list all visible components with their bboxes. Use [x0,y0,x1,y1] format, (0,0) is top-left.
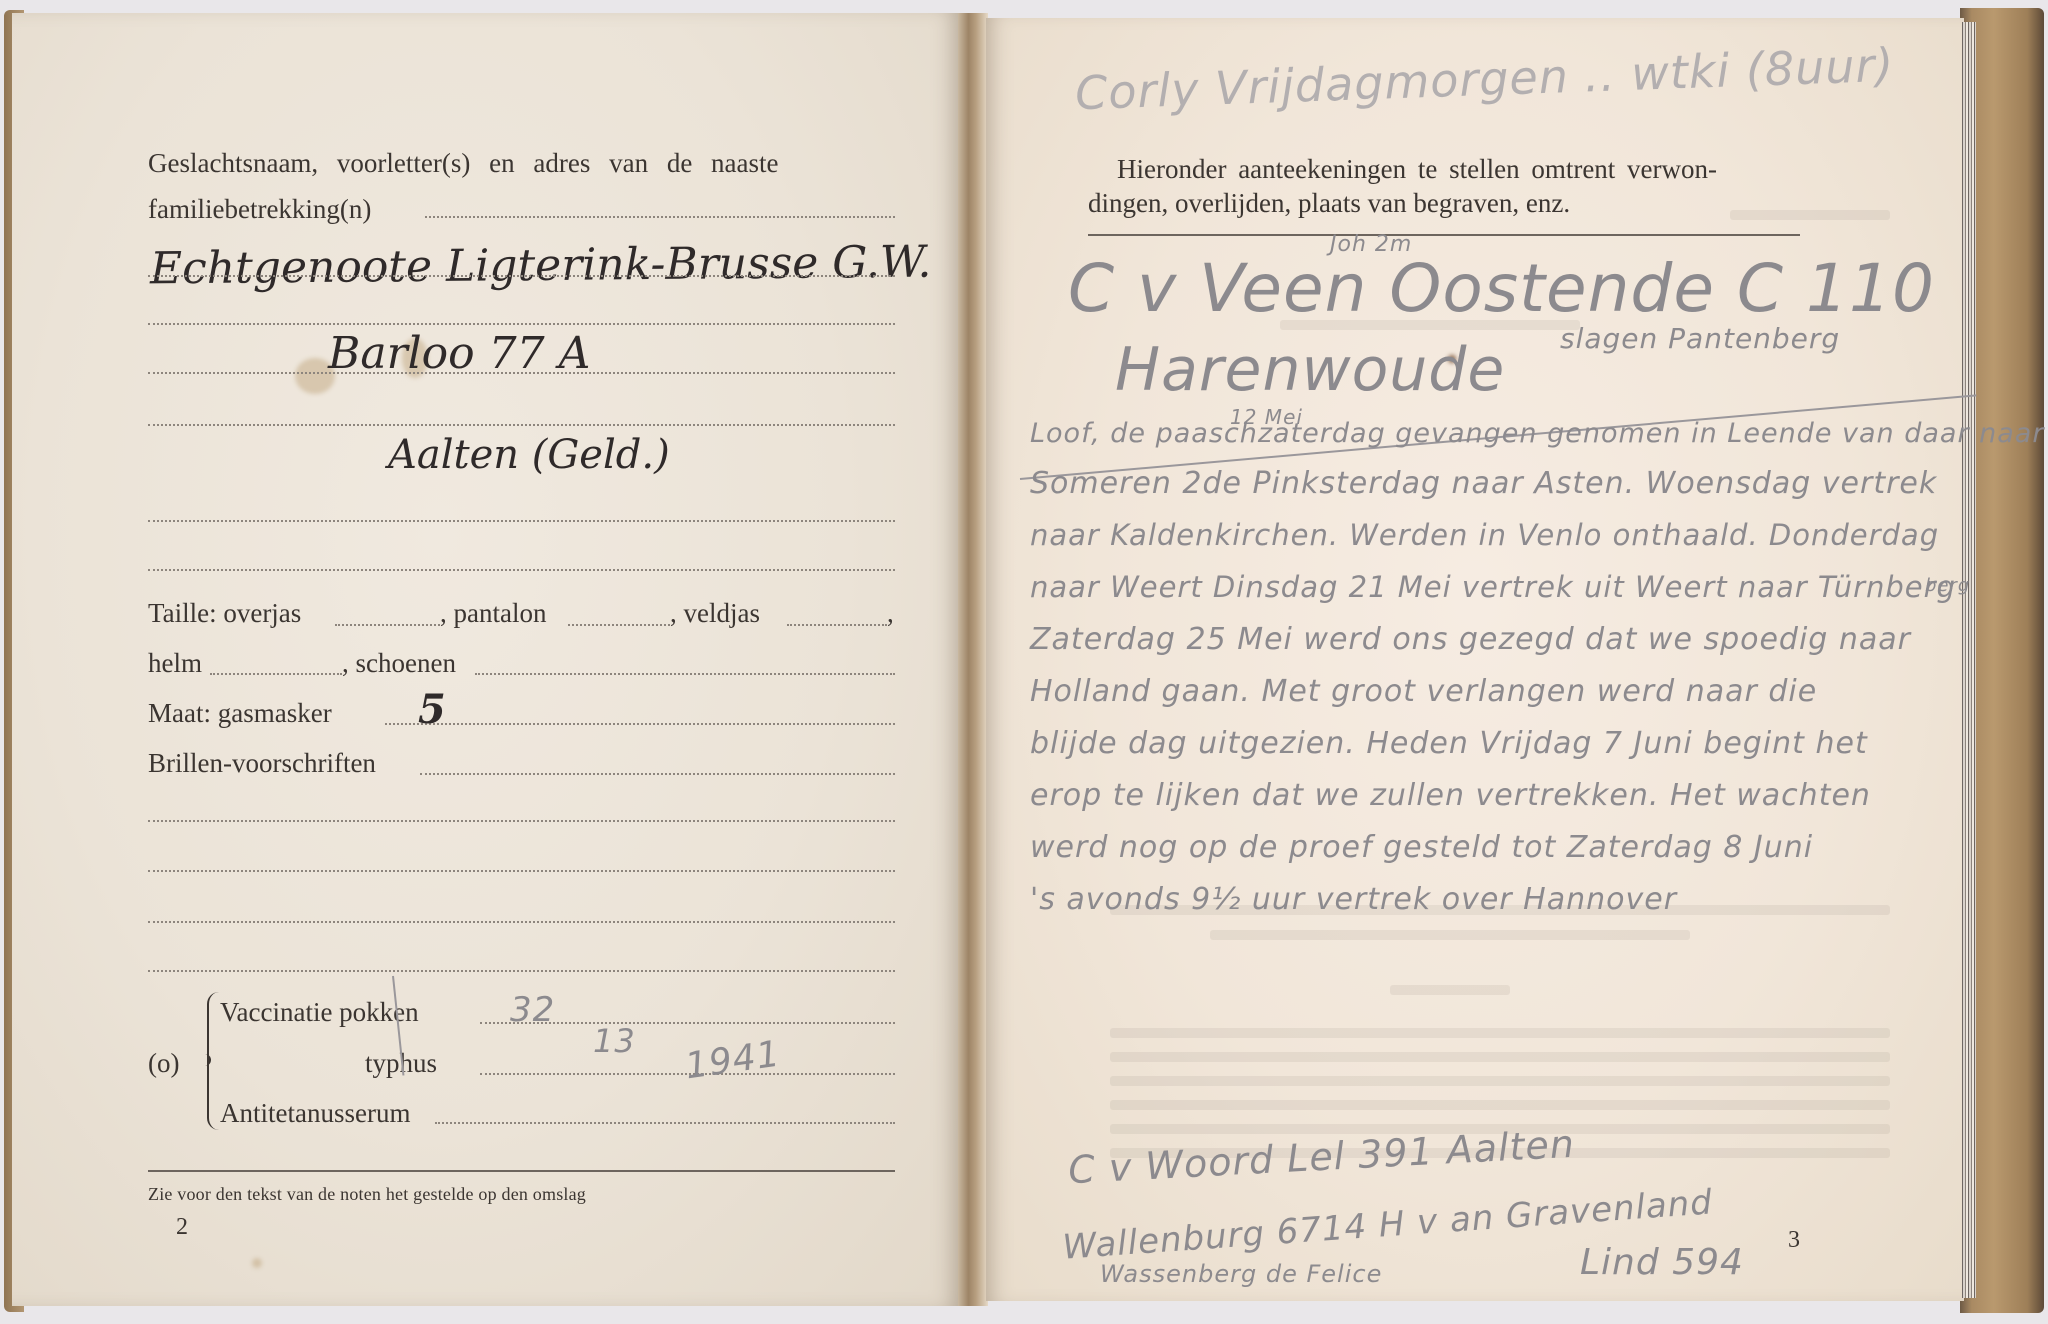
diary-line: erop te lijken dat we zullen vertrekken.… [1030,778,1970,830]
diary-line: 's avonds 9½ uur vertrek over Hannover [1030,882,1970,934]
bleed-through-text [1110,1100,1890,1110]
diary-margin-note: berg [1925,575,1970,596]
dotted-line [148,569,895,571]
vaccinatie-pokken-label: Vaccinatie pokken [220,999,419,1026]
dotted-line [425,216,895,218]
bleed-through-text [1110,1076,1890,1086]
brillen-field[interactable] [420,773,895,775]
gasmasker-label: Maat: gasmasker [148,700,332,727]
antitetanus-label: Antitetanusserum [220,1100,410,1127]
pencil-bottom-note-4: Lind 594 [1580,1242,1744,1283]
pantalon-label: , pantalon [440,600,546,627]
page-number-right: 3 [1788,1228,1800,1252]
pencil-place-note: slagen Pantenberg [1560,322,1840,355]
pantalon-field[interactable] [568,624,670,626]
pencil-soldier-name: C v Veen Oostende C 110 [1068,250,1935,327]
pencil-vaccination-month: 13 [593,1022,636,1060]
brillen-label: Brillen-voorschriften [148,750,376,777]
bleed-through-text [1110,1028,1890,1038]
diary-line: blijde dag uitgezien. Heden Vrijdag 7 Ju… [1030,726,1970,778]
diary-line: naar Kaldenkirchen. Werden in Venlo onth… [1030,518,1970,570]
helm-label: helm [148,650,202,677]
veldjas-label: , veldjas [670,600,760,627]
dotted-line [148,870,895,872]
next-of-kin-heading: Geslachtsnaam, voorletter(s) en adres va… [148,150,896,177]
dotted-line [148,275,895,277]
diary-line: naar Weert Dinsdag 21 Mei vertrek uit We… [1030,570,1970,622]
bleed-through-text [1390,985,1510,995]
dotted-line [148,323,895,325]
right-heading-line-2: dingen, overlijden, plaats van begraven,… [1088,190,1570,217]
handwritten-city: Aalten (Geld.) [388,432,670,478]
diary-line: werd nog op de proef gesteld tot Zaterda… [1030,830,1970,882]
footnote-text: Zie voor den tekst van de noten het gest… [148,1184,586,1205]
page-number-left: 2 [176,1215,188,1239]
schoenen-field[interactable] [475,673,895,675]
dotted-line [148,372,895,374]
diary-line: Someren 2de Pinksterdag naar Asten. Woen… [1030,466,1970,518]
heading-line-1: Geslachtsnaam, voorletter(s) en adres va… [148,150,779,177]
helm-field[interactable] [210,673,342,675]
overjas-field[interactable] [335,624,440,626]
footer-rule [148,1170,895,1172]
gasmasker-size-value: 5 [418,686,446,733]
dotted-line [148,424,895,426]
right-heading-rule [1088,234,1800,236]
pencil-place: Harenwoude [1115,335,1505,405]
gasmasker-field[interactable] [385,723,895,725]
dotted-line [148,520,895,522]
diary-line: Zaterdag 25 Mei werd ons gezegd dat we s… [1030,622,1970,674]
trailing-comma: , [887,600,894,627]
antitetanus-field[interactable] [435,1122,895,1124]
handwritten-next-of-kin-name: Echtgenoote Ligterink-Brusse G.W. [150,237,932,295]
pencil-bottom-note-3: Wassenberg de Felice [1100,1260,1382,1288]
dotted-line [148,970,895,972]
book-spine-gutter [958,13,988,1306]
heading-line-2: familiebetrekking(n) [148,196,371,223]
note-marker: (o) [148,1050,179,1077]
schoenen-label: , schoenen [342,650,456,677]
pencil-vaccination-day: 32 [510,990,555,1030]
diary-line: Loof, de paaschzaterdag gevangen genomen… [1030,418,1970,466]
taille-label: Taille: overjas [148,600,301,627]
dotted-line [148,820,895,822]
right-heading-line-1: Hieronder aanteekeningen te stellen omtr… [1117,156,1717,183]
bleed-through-text [1110,1052,1890,1062]
stain [252,1258,262,1268]
diary-entries: Loof, de paaschzaterdag gevangen genomen… [1030,418,1970,934]
dotted-line [148,921,895,923]
veldjas-field[interactable] [787,624,887,626]
diary-line: Holland gaan. Met groot verlangen werd n… [1030,674,1970,726]
bleed-through-text [1730,210,1890,220]
